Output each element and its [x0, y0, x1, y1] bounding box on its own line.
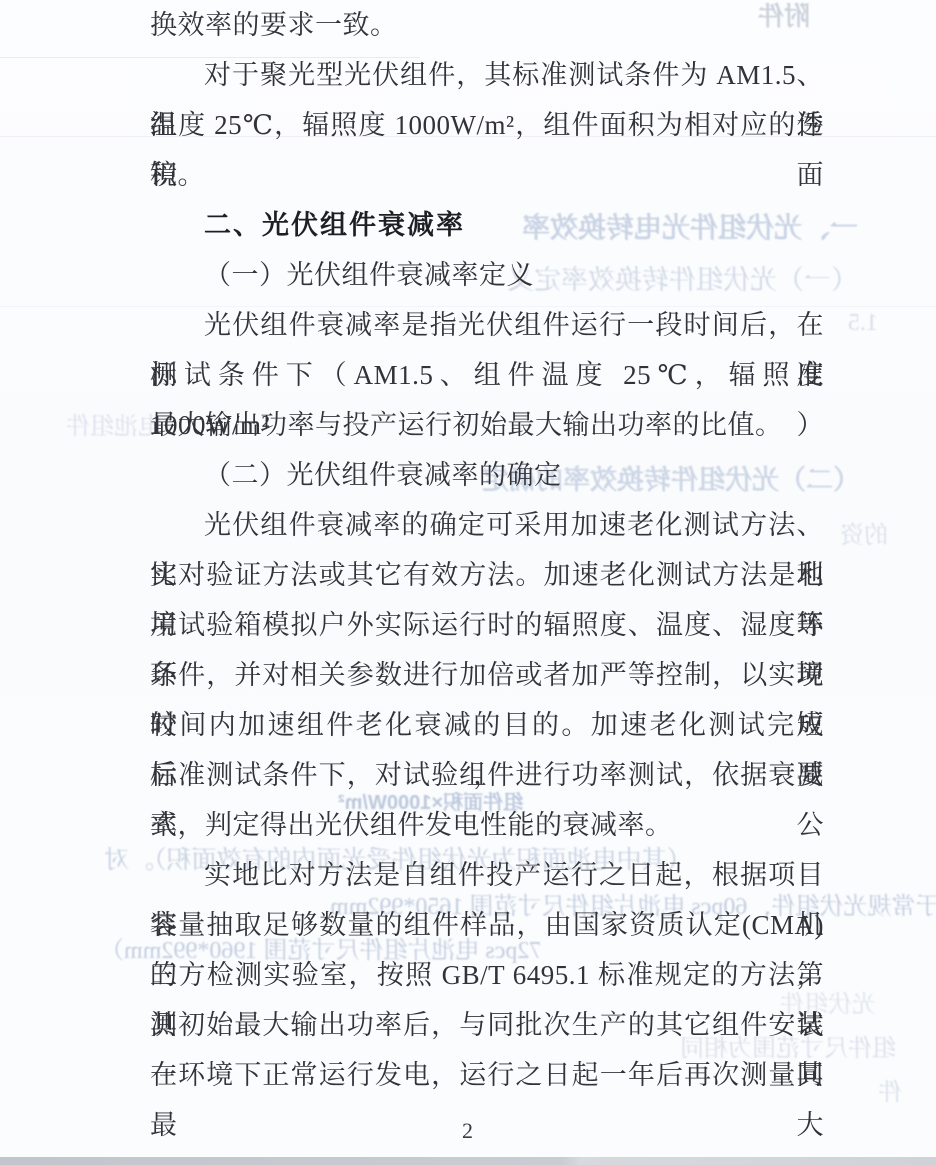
body-line: 实地比对方法是自组件投产运行之日起，根据项目装机	[150, 850, 824, 900]
body-line: 条件，并对相关参数进行加倍或者加严等控制，以实现较短	[150, 650, 824, 700]
body-line: 对于聚光型光伏组件，其标准测试条件为 AM1.5、组件	[150, 50, 824, 100]
body-line: 光伏组件衰减率是指光伏组件运行一段时间后，在标准	[150, 300, 824, 350]
body-line: 最大输出功率与投产运行初始最大输出功率的比值。	[150, 400, 824, 450]
body-line: 换效率的要求一致。	[150, 0, 824, 50]
body-line: 测试条件下（AM1.5、组件温度 25℃，辐照度 1000W/m²）	[150, 350, 824, 400]
body-line: 温度 25℃，辐照度 1000W/m²，组件面积为相对应的透镜面	[150, 100, 824, 150]
bleed-text: 电池组件	[66, 406, 162, 441]
body-line: 时间内加速组件老化衰减的目的。加速老化测试完成后，要	[150, 700, 824, 750]
bleed-text: 的资	[840, 515, 888, 550]
page-number: 2	[0, 1118, 936, 1144]
body-line: 一环境下正常运行发电，运行之日起一年后再次测量其最大	[150, 1050, 824, 1100]
body-line: 光伏组件衰减率的确定可采用加速老化测试方法、实地	[150, 500, 824, 550]
body-line: 三方检测实验室，按照 GB/T 6495.1 标准规定的方法，测试	[150, 950, 824, 1000]
subsection-heading: （二）光伏组件衰减率的确定	[150, 450, 824, 500]
section-heading: 二、光伏组件衰减率	[150, 200, 824, 250]
body-line: 境试验箱模拟户外实际运行时的辐照度、温度、湿度等环境	[150, 600, 824, 650]
document-body: 换效率的要求一致。 对于聚光型光伏组件，其标准测试条件为 AM1.5、组件 温度…	[150, 0, 824, 1100]
bleed-text: 件	[878, 1072, 902, 1107]
body-line: 比对验证方法或其它有效方法。加速老化测试方法是利用环	[150, 550, 824, 600]
body-line: 其初始最大输出功率后，与同批次生产的其它组件安装在同	[150, 1000, 824, 1050]
bleed-text: 1.5	[848, 310, 878, 337]
scanner-edge-strip	[0, 1157, 936, 1165]
body-line: 容量抽取足够数量的组件样品，由国家资质认定(CMA)的第	[150, 900, 824, 950]
subsection-heading: （一）光伏组件衰减率定义	[150, 250, 824, 300]
scanned-document-page: 附件 一、光伏组件光电转换效率 （一）光伏组件转换效率定义 1.5 电池组件 （…	[0, 0, 936, 1165]
body-line: 标准测试条件下，对试验组件进行功率测试，依据衰减率公	[150, 750, 824, 800]
